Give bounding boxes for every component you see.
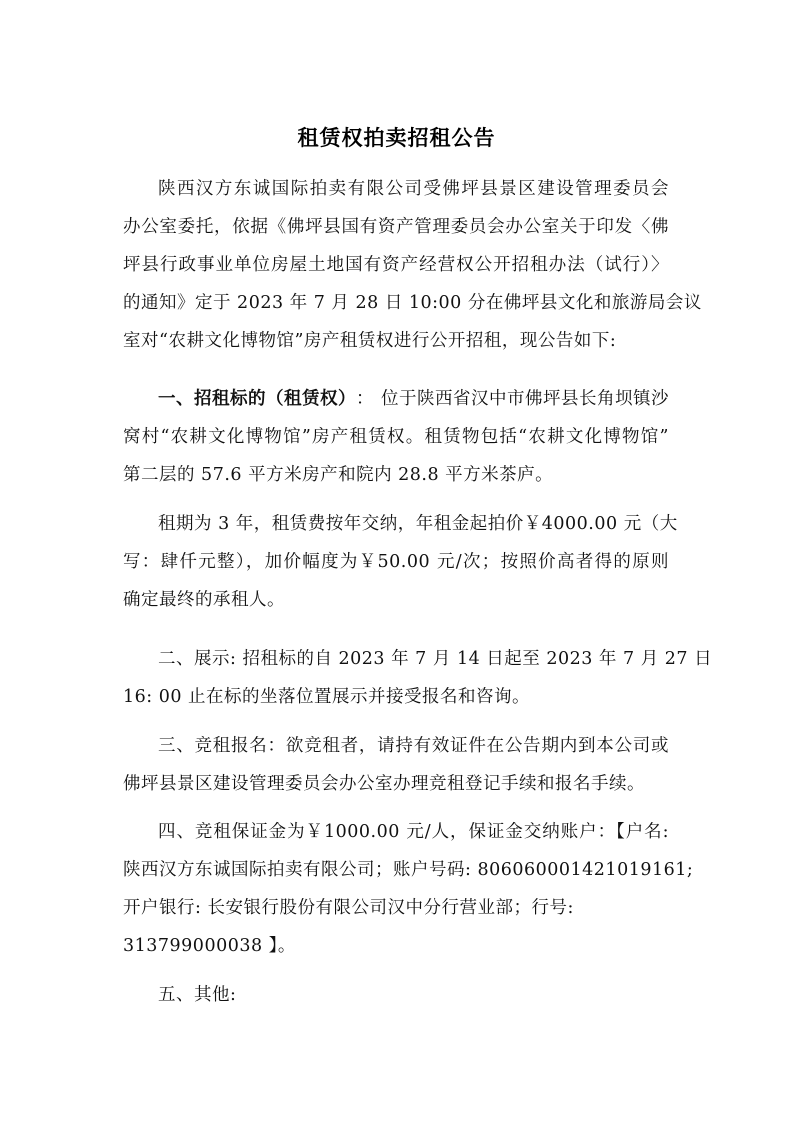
section2-line-1: 二、展示: 招租标的自 2023 年 7 月 14 日起至 2023 年 7 月… bbox=[158, 648, 669, 670]
section4-line-1: 四、竞租保证金为￥1000.00 元/人，保证金交纳账户：【户名: bbox=[158, 821, 669, 843]
intro-line-3: 坪县行政事业单位房屋土地国有资产经营权公开招租办法（试行）〉 bbox=[123, 254, 669, 276]
section1-heading-colon: ： bbox=[356, 388, 374, 410]
section1-line-2: 窝村“农耕文化博物馆”房产租赁权。租赁物包括“农耕文化博物馆” bbox=[123, 426, 669, 448]
section5-heading: 五、其他: bbox=[158, 984, 669, 1006]
section4-line-2: 陕西汉方东诚国际拍卖有限公司；账户号码: 806060001421019161; bbox=[123, 859, 669, 881]
document-page: 租赁权拍卖招租公告 陕西汉方东诚国际拍卖有限公司受佛坪县景区建设管理委员会 办公… bbox=[0, 0, 793, 1122]
terms-line-2: 写：肆仟元整），加价幅度为￥50.00 元/次；按照价高者得的原则 bbox=[123, 551, 669, 573]
section2-line-2: 16: 00 止在标的坐落位置展示并接受报名和咨询。 bbox=[123, 686, 669, 708]
section4-line-3: 开户银行: 长安银行股份有限公司汉中分行营业部；行号: bbox=[123, 897, 669, 919]
section1-line-3: 第二层的 57.6 平方米房产和院内 28.8 平方米茶庐。 bbox=[123, 464, 669, 486]
section1-heading: 一、招租标的（租赁权） bbox=[158, 388, 356, 410]
intro-line-2: 办公室委托，依据《佛坪县国有资产管理委员会办公室关于印发〈佛 bbox=[123, 216, 669, 238]
intro-line-5: 室对“农耕文化博物馆”房产租赁权进行公开招租，现公告如下: bbox=[123, 330, 669, 352]
document-title: 租赁权拍卖招租公告 bbox=[0, 122, 793, 152]
section1-line-1: 一、招租标的（租赁权） ： 位于陕西省汉中市佛坪县长角坝镇沙 bbox=[158, 388, 669, 410]
terms-line-1: 租期为 3 年，租赁费按年交纳，年租金起拍价￥4000.00 元（大 bbox=[158, 513, 669, 535]
section1-text-1: 位于陕西省汉中市佛坪县长角坝镇沙 bbox=[381, 388, 669, 410]
intro-line-4: 的通知》定于 2023 年 7 月 28 日 10:00 分在佛坪县文化和旅游局… bbox=[123, 292, 669, 314]
section4-line-4: 313799000038 】。 bbox=[123, 935, 669, 957]
terms-line-3: 确定最终的承租人。 bbox=[123, 589, 669, 611]
section3-line-1: 三、竞租报名：欲竞租者，请持有效证件在公告期内到本公司或 bbox=[158, 735, 669, 757]
section3-line-2: 佛坪县景区建设管理委员会办公室办理竞租登记手续和报名手续。 bbox=[123, 773, 669, 795]
intro-line-1: 陕西汉方东诚国际拍卖有限公司受佛坪县景区建设管理委员会 bbox=[158, 178, 669, 200]
